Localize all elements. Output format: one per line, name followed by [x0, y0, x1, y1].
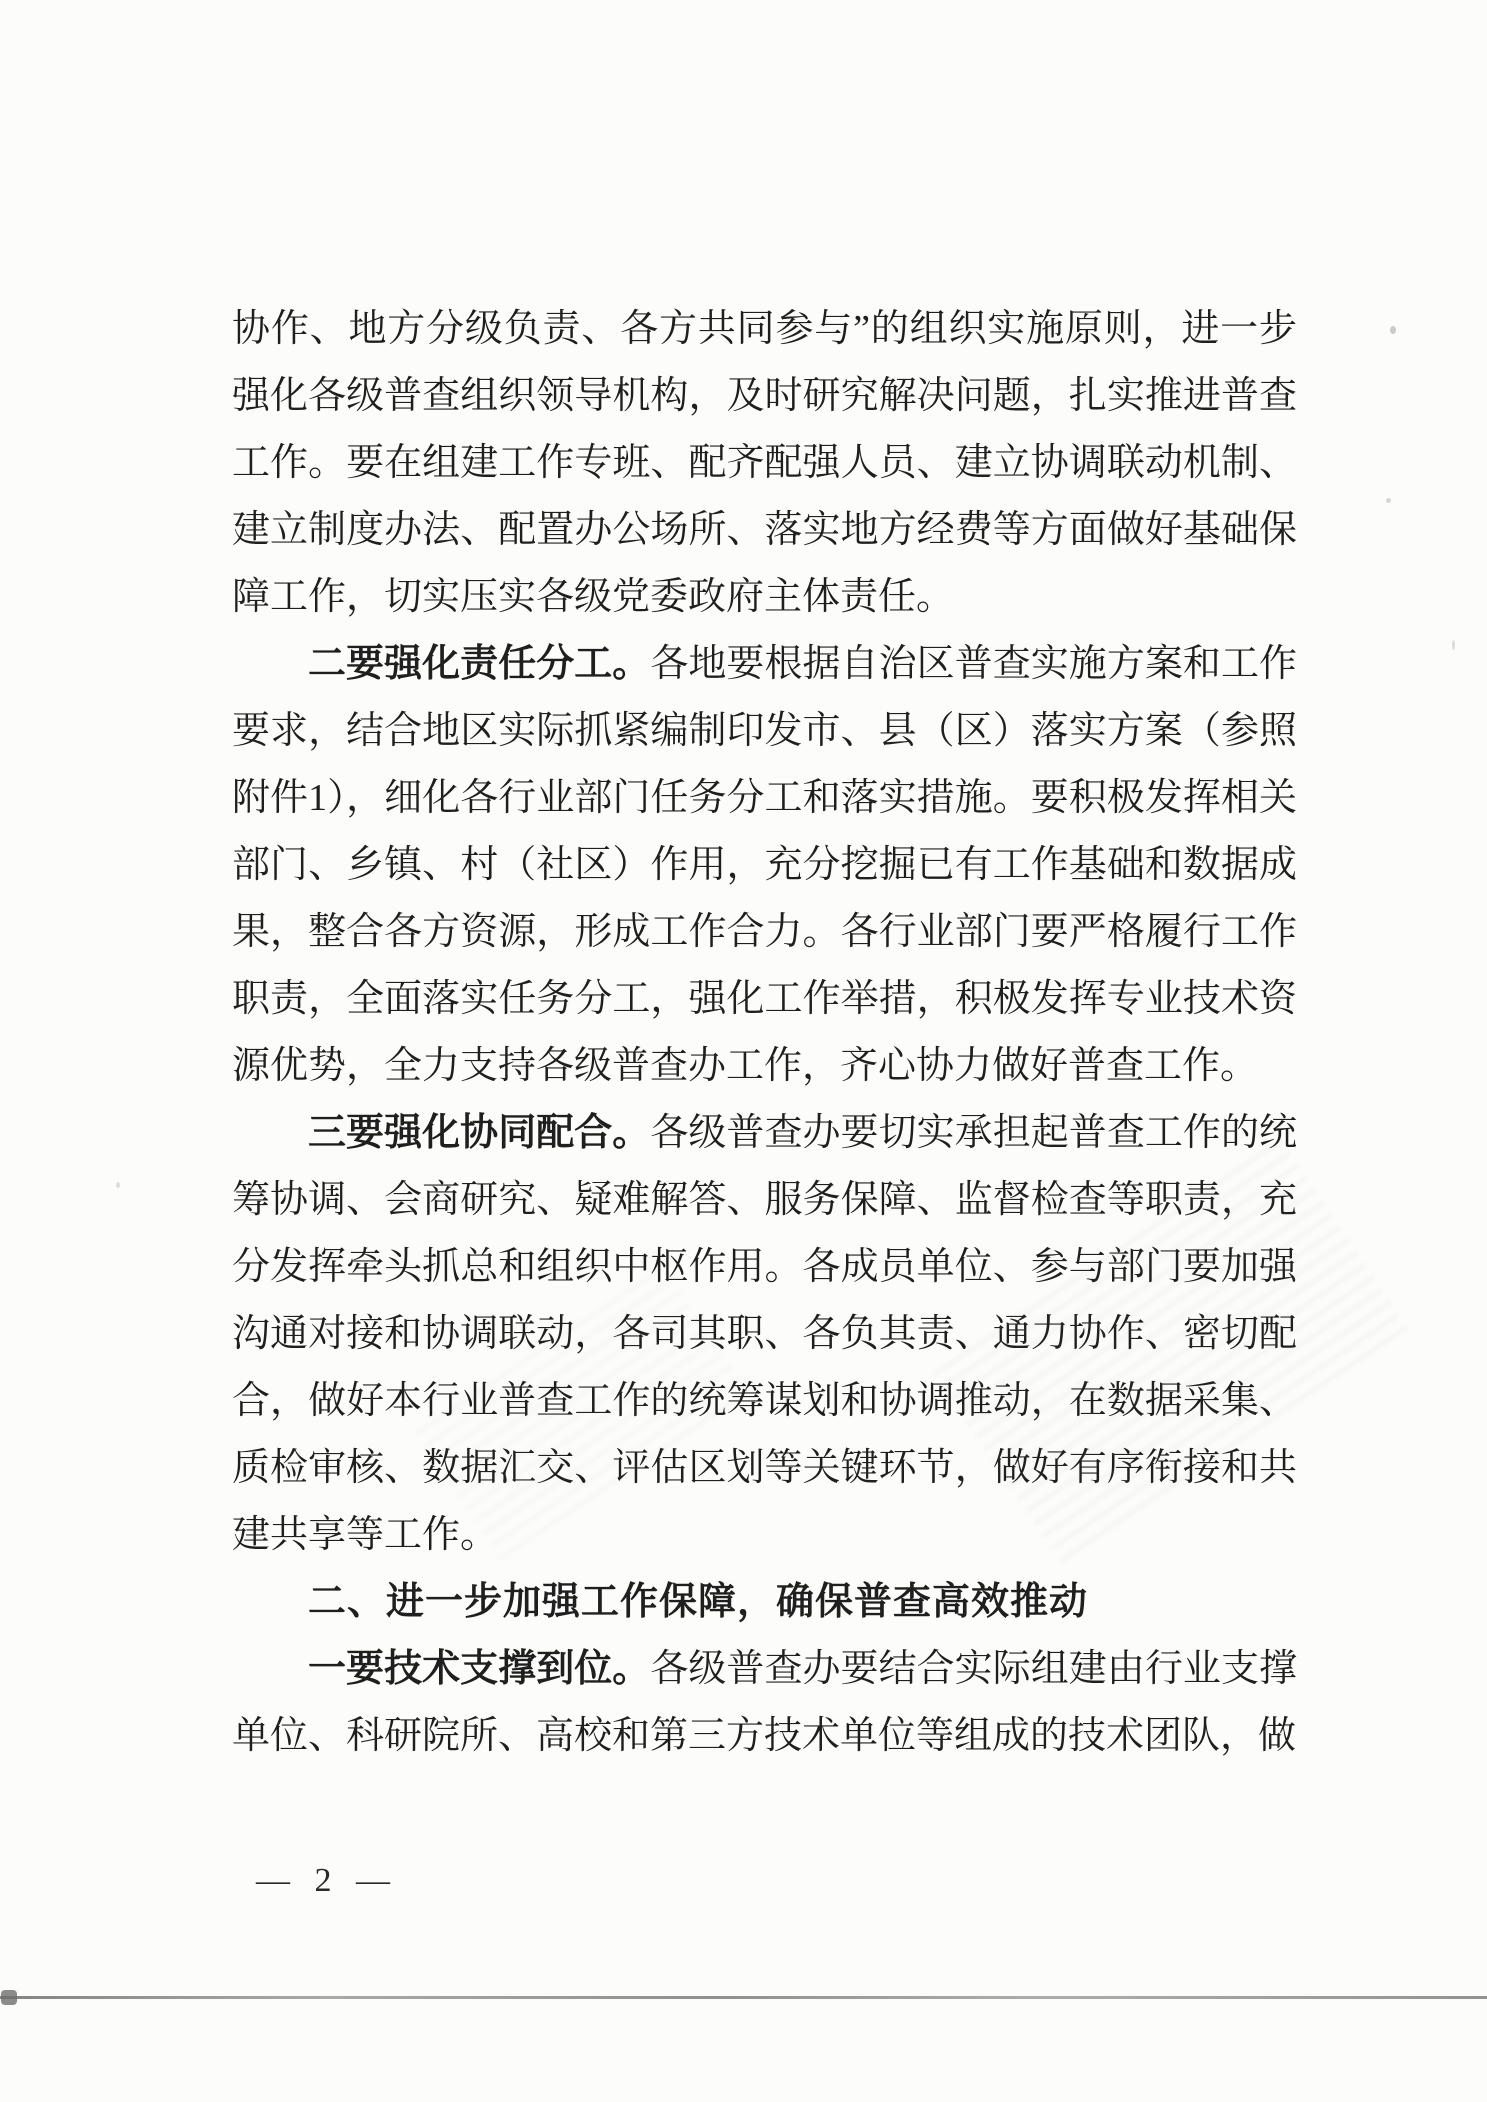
scan-speck [1386, 498, 1391, 503]
scan-speck [1390, 326, 1396, 334]
scan-speck [1452, 640, 1455, 650]
scan-artifact-blob [1, 1990, 17, 2005]
paragraph-4-lead: 一要技术支撑到位。 [308, 1648, 650, 1690]
section-heading: 二、进一步加强工作保障，确保普查高效推动 [232, 1569, 1297, 1636]
page-number: — 2 — [256, 1862, 398, 1900]
paragraph-4: 一要技术支撑到位。各级普查办要结合实际组建由行业支撑单位、科研院所、高校和第三方… [232, 1636, 1297, 1770]
paragraph-2: 二要强化责任分工。各地要根据自治区普查实施方案和工作要求，结合地区实际抓紧编制印… [232, 631, 1297, 1100]
paragraph-2-lead: 二要强化责任分工。 [308, 643, 650, 685]
scan-speck [116, 1182, 120, 1188]
paragraph-1: 协作、地方分级负责、各方共同参与”的组织实施原则，进一步强化各级普查组织领导机构… [232, 296, 1297, 631]
scanned-document-page: 协作、地方分级负责、各方共同参与”的组织实施原则，进一步强化各级普查组织领导机构… [0, 0, 1487, 2102]
scan-artifact-line [0, 1996, 1487, 1999]
document-body: 协作、地方分级负责、各方共同参与”的组织实施原则，进一步强化各级普查组织领导机构… [232, 296, 1297, 1770]
paragraph-2-text: 各地要根据自治区普查实施方案和工作要求，结合地区实际抓紧编制印发市、县（区）落实… [232, 643, 1297, 1087]
paragraph-3-lead: 三要强化协同配合。 [308, 1112, 650, 1154]
